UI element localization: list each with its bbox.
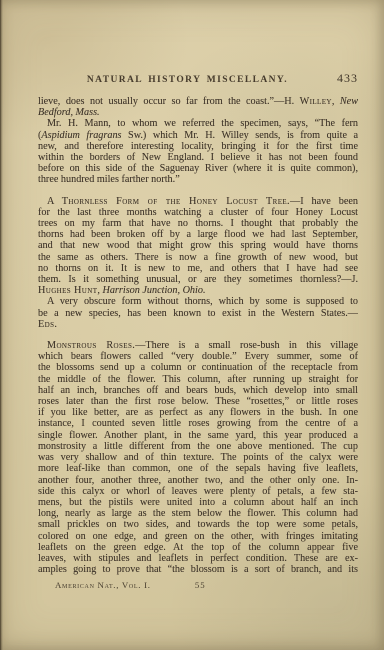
text-line: three hundred miles farther north.” bbox=[38, 174, 358, 185]
text-line: mens, but the pistils were united into a… bbox=[38, 497, 358, 508]
page-body: lieve, does not usually occur so far fro… bbox=[38, 96, 358, 575]
text-line: and that new wood that might grow this s… bbox=[38, 240, 358, 251]
text-line: Hughes Hunt, Harrison Junction, Ohio. bbox=[38, 285, 358, 296]
text-line: single flower. Another plant, in the sam… bbox=[38, 430, 358, 441]
text-line: side this calyx or whorl of leaves were … bbox=[38, 486, 358, 497]
paragraph: A Thornless Form of the Honey Locust Tre… bbox=[38, 196, 358, 297]
text-line: the blossoms send up a column or continu… bbox=[38, 362, 358, 373]
text-line: which bears flowers called “very double.… bbox=[38, 351, 358, 362]
text-line: the same as others. There is now a fine … bbox=[38, 252, 358, 263]
text-line: monstrosity a little different from the … bbox=[38, 441, 358, 452]
paragraph: Monstrous Roses.—There is a small rose-b… bbox=[38, 340, 358, 575]
text-line: another four, another three, another two… bbox=[38, 475, 358, 486]
text-line: new, and therefore interesting locality,… bbox=[38, 141, 358, 152]
text-line: amples going to prove that “the blossom … bbox=[38, 564, 358, 575]
text-line: trees on my farm that have no thorns. I … bbox=[38, 218, 358, 229]
text-line: colored on one edge, and green on the ot… bbox=[38, 531, 358, 542]
text-line: Eds. bbox=[38, 319, 358, 330]
text-line: be a new species, has been known to exis… bbox=[38, 308, 358, 319]
text-line: within the borders of New England. I bel… bbox=[38, 152, 358, 163]
page-footer: American Nat., Vol. I. 55 bbox=[38, 580, 358, 590]
text-line: if you like better, are as perfect as an… bbox=[38, 407, 358, 418]
paragraph: Mr. H. Mann, to whom we referred the spe… bbox=[38, 118, 358, 185]
text-line: A Thornless Form of the Honey Locust Tre… bbox=[38, 196, 358, 207]
text-line: lieve, does not usually occur so far fro… bbox=[38, 96, 358, 107]
text-line: small prickles on two sides, and towards… bbox=[38, 519, 358, 530]
text-line: thorns had been broken off by a large fl… bbox=[38, 229, 358, 240]
text-line: no thorns on it. It is new to me, and ot… bbox=[38, 263, 358, 274]
text-line: Bedford, Mass. bbox=[38, 107, 358, 118]
text-line: half an inch, branches off and bears bud… bbox=[38, 385, 358, 396]
footer-signature-number: 55 bbox=[195, 580, 206, 590]
text-line: long, nearly as large as the stem below … bbox=[38, 508, 358, 519]
text-line: A very obscure form without thorns, whic… bbox=[38, 296, 358, 307]
footer-signature: American Nat., Vol. I. bbox=[55, 580, 151, 590]
paragraph: A very obscure form without thorns, whic… bbox=[38, 296, 358, 330]
running-title: NATURAL HISTORY MISCELLANY. bbox=[38, 75, 337, 85]
text-line: leaflets on the green edge. At the top o… bbox=[38, 542, 358, 553]
text-line: Monstrous Roses.—There is a small rose-b… bbox=[38, 340, 358, 351]
text-line: leaves, with stipules and leaflets in pe… bbox=[38, 553, 358, 564]
text-line: them. Is it something unusual, or are th… bbox=[38, 274, 358, 285]
text-line: (Aspidium fragrans Sw.) which Mr. H. Wil… bbox=[38, 130, 358, 141]
text-line: Mr. H. Mann, to whom we referred the spe… bbox=[38, 118, 358, 129]
text-line: more leaf-like than common, one of the s… bbox=[38, 463, 358, 474]
text-line: before on this side of the Saguenay Rive… bbox=[38, 163, 358, 174]
text-line: roses later than the first rose below. T… bbox=[38, 396, 358, 407]
running-head: NATURAL HISTORY MISCELLANY. 433 bbox=[38, 71, 358, 86]
paragraph: lieve, does not usually occur so far fro… bbox=[38, 96, 358, 118]
text-line: instance, I counted seven little roses g… bbox=[38, 418, 358, 429]
text-line: the middle of the flower. This column, a… bbox=[38, 374, 358, 385]
text-line: for the last three months watching a clu… bbox=[38, 207, 358, 218]
page-number: 433 bbox=[337, 71, 358, 86]
text-line: was very shallow and of thin texture. Th… bbox=[38, 452, 358, 463]
scanned-page: NATURAL HISTORY MISCELLANY. 433 lieve, d… bbox=[0, 0, 384, 650]
